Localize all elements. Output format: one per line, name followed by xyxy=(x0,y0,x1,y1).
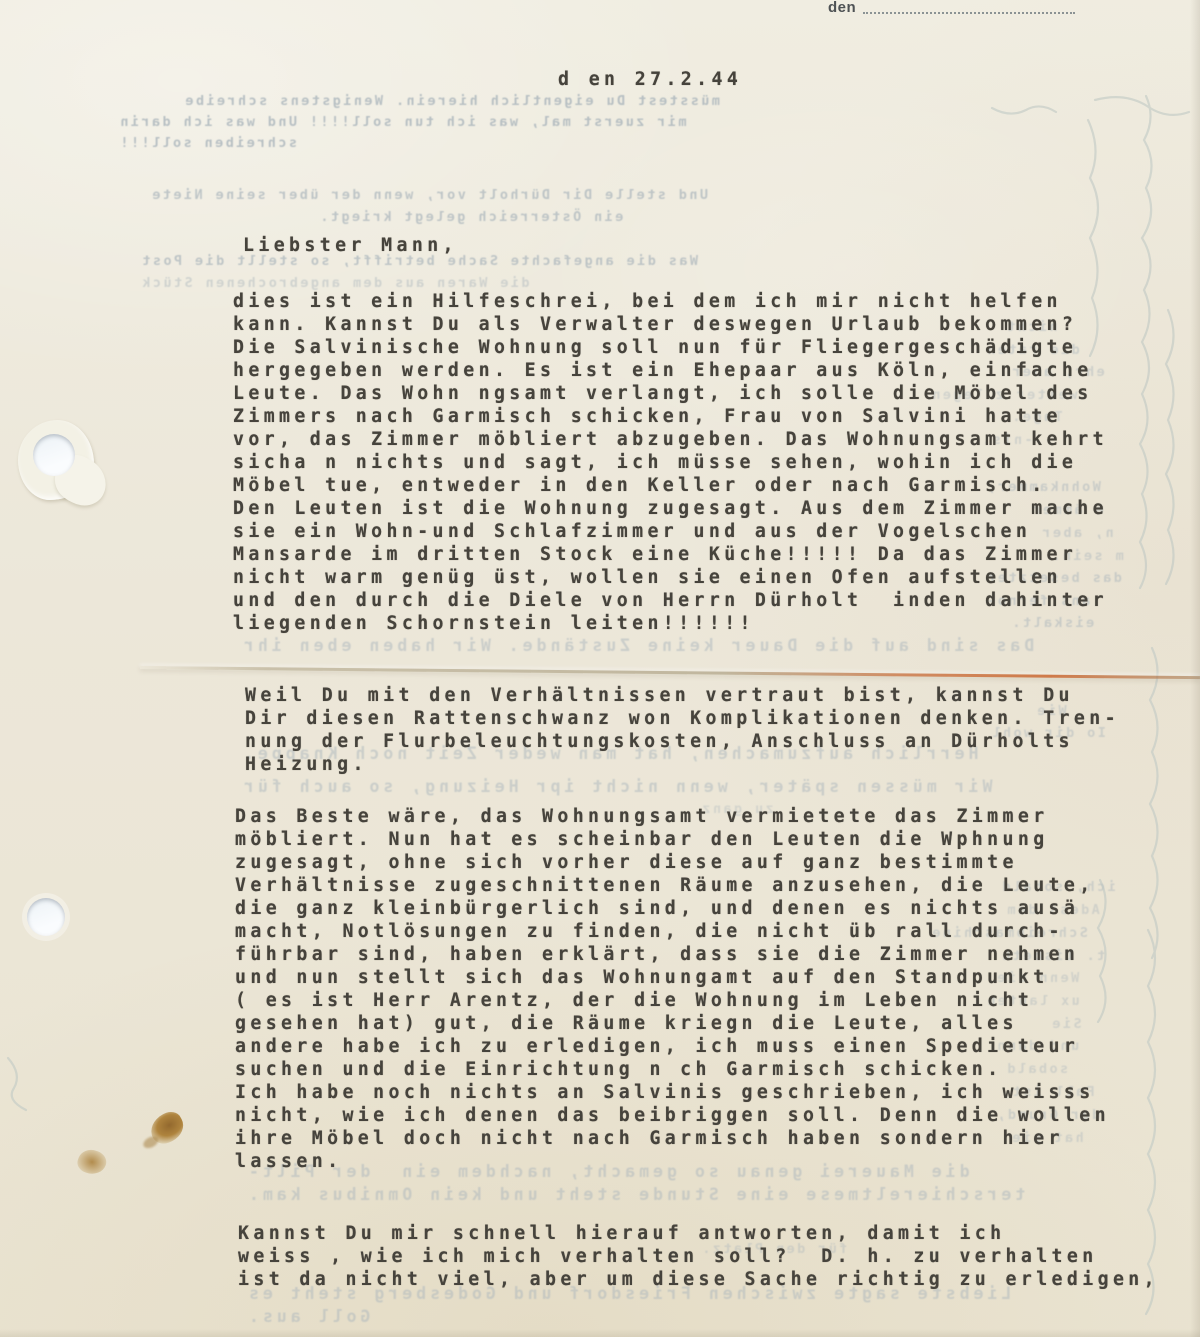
typed-line: lassen. xyxy=(235,1150,1159,1173)
letter-date: d en 27.2.44 xyxy=(558,68,1159,91)
typed-line: und den durch die Diele von Herrn Dürhol… xyxy=(233,589,1159,612)
typed-line: ( es ist Herr Arentz, der die Wohnung im… xyxy=(235,989,1159,1012)
handwriting-stroke xyxy=(8,1058,26,1110)
typed-line: Kannst Du mir schnell hierauf antworten,… xyxy=(238,1222,1159,1245)
typed-line: macht, Notlösungen zu finden, die nicht … xyxy=(235,920,1159,943)
typed-line: liegenden Schornstein leiten!!!!!! xyxy=(233,612,1159,635)
typed-line: Weil Du mit den Verhältnissen vertraut b… xyxy=(245,684,1159,707)
letterhead-date-label: den xyxy=(828,0,856,16)
typed-line: suchen und die Einrichtung n ch Garmisch… xyxy=(235,1058,1159,1081)
typed-line: möbliert. Nun hat es scheinbar den Leute… xyxy=(235,828,1159,851)
typed-line: führbar sind, haben erklärt, dass sie di… xyxy=(235,943,1159,966)
paragraph-1: dies ist ein Hilfeschrei, bei dem ich mi… xyxy=(233,290,1159,635)
typed-line: ihre Möbel doch nicht nach Garmisch habe… xyxy=(235,1127,1159,1150)
typed-line: Leute. Das Wohn ngsamt verlangt, ich sol… xyxy=(233,382,1159,405)
stain xyxy=(145,1108,188,1149)
typed-line: weiss , wie ich mich verhalten soll? D. … xyxy=(238,1245,1159,1268)
typed-line: Dir diesen Rattenschwanz won Komplikatio… xyxy=(245,707,1159,730)
letterhead: den xyxy=(828,0,1075,16)
page-edge-shading-bottom xyxy=(0,1329,1200,1337)
typed-line: nicht warm genüg üst, wollen sie einen O… xyxy=(233,566,1159,589)
punch-hole-bottom xyxy=(27,898,65,936)
typed-line: Das Beste wäre, das Wohnungsamt vermiete… xyxy=(235,805,1159,828)
typed-line: sicha n nichts und sagt, ich müsse sehen… xyxy=(233,451,1159,474)
typed-line: Die Salvinische Wohnung soll nun für Fli… xyxy=(233,336,1159,359)
bleedthrough-line: Goll aus. xyxy=(245,1308,370,1326)
typed-line: Heizung. xyxy=(245,753,1159,776)
typed-line: nicht, wie ich denen das beibriggen soll… xyxy=(235,1104,1159,1127)
typed-line: vor, das Zimmer möbliert abzugeben. Das … xyxy=(233,428,1159,451)
typed-line: hergegeben werden. Es ist ein Ehepaar au… xyxy=(233,359,1159,382)
typed-line: Verhältnisse zugeschnittenen Räume anzus… xyxy=(235,874,1159,897)
typed-line: andere habe ich zu erledigen, ich muss e… xyxy=(235,1035,1159,1058)
page-edge-shading-right xyxy=(1190,0,1200,1337)
typed-line: Den Leuten ist die Wohnung zugesagt. Aus… xyxy=(233,497,1159,520)
typed-line: ist da nicht viel, aber um diese Sache r… xyxy=(238,1268,1159,1291)
letter-page: den müsstest Du eigentlich hierein. Weni… xyxy=(0,0,1200,1337)
punch-hole-top xyxy=(33,434,75,476)
typed-letter: d en 27.2.44 Liebster Mann, dies ist ein… xyxy=(233,68,1159,1291)
paragraph-4: Kannst Du mir schnell hierauf antworten,… xyxy=(238,1222,1159,1291)
salutation: Liebster Mann, xyxy=(243,234,1159,257)
typed-line: dies ist ein Hilfeschrei, bei dem ich mi… xyxy=(233,290,1159,313)
typed-line: Zimmers nach Garmisch schicken, Frau von… xyxy=(233,405,1159,428)
typed-line: Möbel tue, entweder in den Keller oder n… xyxy=(233,474,1159,497)
typed-line: kann. Kannst Du als Verwalter deswegen U… xyxy=(233,313,1159,336)
typed-line: Mansarde im dritten Stock eine Küche!!!!… xyxy=(233,543,1159,566)
typed-line: die ganz kleinbürgerlich sind, und denen… xyxy=(235,897,1159,920)
typed-line: nung der Flurbeleuchtungskosten, Anschlu… xyxy=(245,730,1159,753)
handwriting-stroke xyxy=(1166,310,1174,584)
typed-line: gesehen hat) gut, die Räume kriegn die L… xyxy=(235,1012,1159,1035)
typed-line: und nun stellt sich das Wohnungamt auf d… xyxy=(235,966,1159,989)
paragraph-2: Weil Du mit den Verhältnissen vertraut b… xyxy=(245,684,1159,776)
typed-line: Ich habe noch nichts an Salvinis geschri… xyxy=(235,1081,1159,1104)
typed-line: zugesagt, ohne sich vorher diese auf gan… xyxy=(235,851,1159,874)
paragraph-3: Das Beste wäre, das Wohnungsamt vermiete… xyxy=(235,805,1159,1173)
letterhead-date-dotted-line xyxy=(863,2,1075,14)
stain xyxy=(75,1146,110,1178)
typed-line: sie ein Wohn-und Schlafzimmer und aus de… xyxy=(233,520,1159,543)
